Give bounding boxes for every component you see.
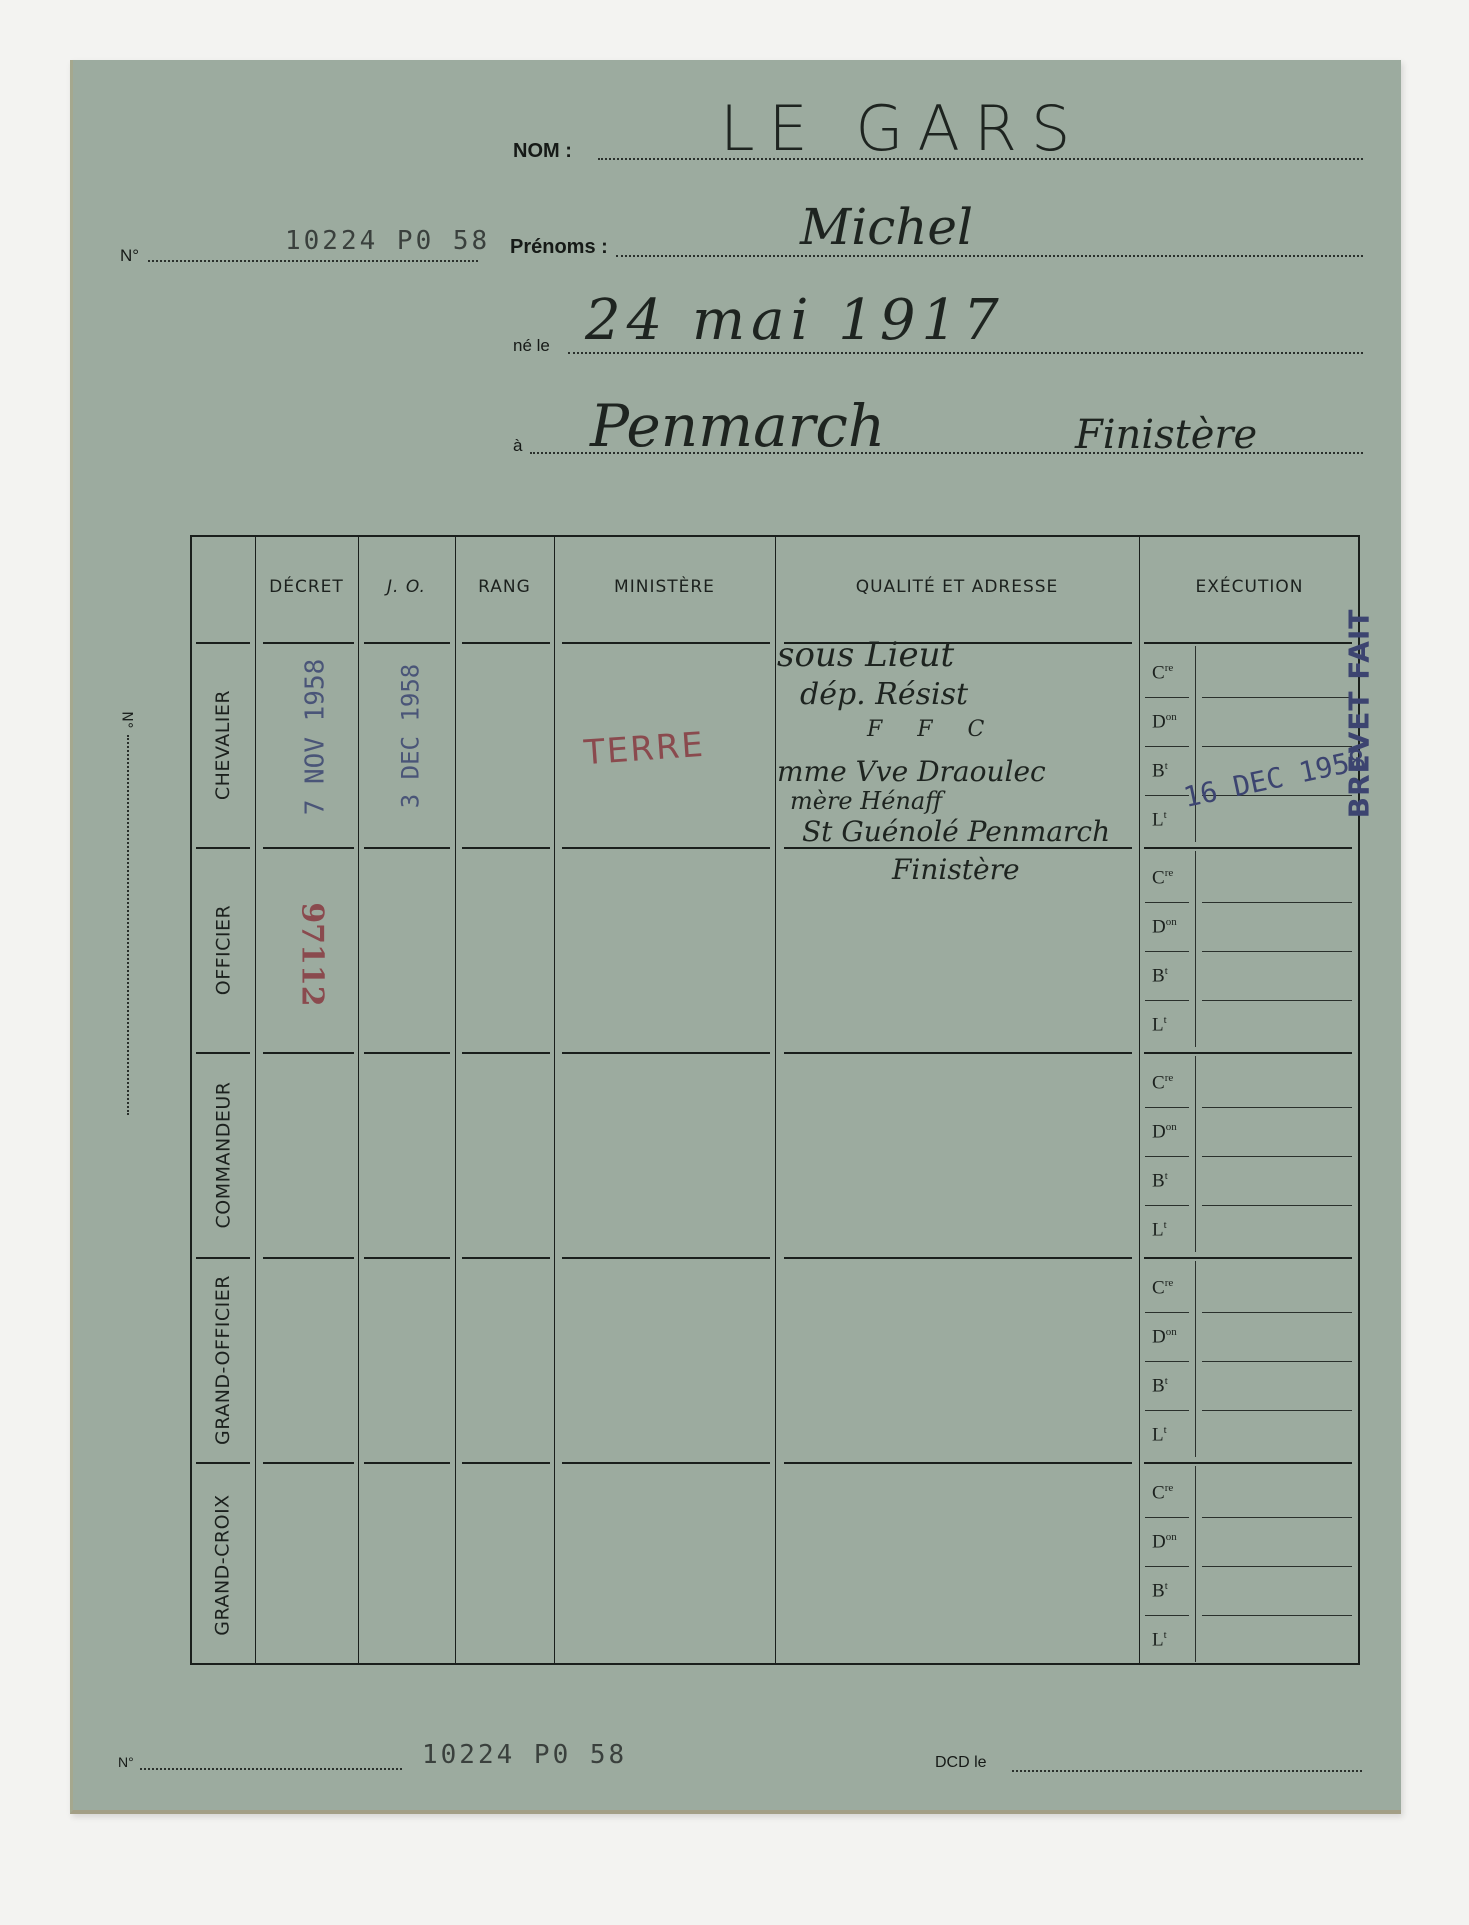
decorations-table: DÉCRET J. O. RANG MINISTÈRE QUALITÉ ET A… [190, 535, 1360, 1665]
execution-row-label: Lt [1152, 809, 1167, 831]
execution-brevet-stamp: BREVET FAIT [1342, 609, 1375, 819]
row-separator [562, 1052, 770, 1054]
numero-value: 10224 P0 58 [285, 226, 490, 256]
header-jo: J. O. [358, 577, 455, 597]
execution-row-label: Cre [1152, 1072, 1173, 1094]
execution-row-line [1145, 1107, 1189, 1108]
execution-row-line [1145, 1361, 1189, 1362]
dcd-dotted-line [1012, 1770, 1362, 1772]
execution-value-line[interactable] [1202, 1361, 1352, 1362]
prenoms-label: Prénoms : [510, 236, 608, 259]
execution-inner-divider [1195, 851, 1196, 1047]
dcd-label: DCD le [935, 1754, 987, 1772]
execution-row-label: Cre [1152, 867, 1173, 889]
prenoms-value[interactable]: Michel [800, 198, 973, 256]
row-separator [1144, 847, 1352, 849]
execution-value-line[interactable] [1202, 746, 1352, 747]
grade-grand-croix: GRAND-CROIX [192, 1462, 254, 1667]
footer-numero-dotted-line [140, 1768, 402, 1770]
row-separator [562, 1462, 770, 1464]
execution-row-line [1145, 697, 1189, 698]
qualite-line-4[interactable]: mme Vve Draoulec [777, 755, 1046, 788]
prenoms-dotted-line [616, 255, 1363, 257]
grade-grand-officier: GRAND-OFFICIER [192, 1257, 254, 1462]
qualite-line-5[interactable]: mère Hénaff [790, 787, 942, 815]
row-separator [364, 1052, 450, 1054]
execution-row-line [1145, 1000, 1189, 1001]
execution-row-line [1145, 951, 1189, 952]
col-divider [775, 537, 776, 1663]
header-rang: RANG [455, 577, 554, 597]
chevalier-decret-stamp: 7 NOV 1958 [300, 659, 330, 816]
execution-row-label: Lt [1152, 1629, 1167, 1651]
execution-row-line [1145, 1312, 1189, 1313]
row-separator [784, 1462, 1132, 1464]
execution-row-line [1145, 1156, 1189, 1157]
chevalier-jo-stamp: 3 DEC 1958 [396, 664, 424, 809]
col-divider [358, 537, 359, 1663]
row-separator [263, 1052, 354, 1054]
execution-row-label: Bt [1152, 1375, 1168, 1397]
execution-row-line [1145, 1517, 1189, 1518]
row-separator [462, 1257, 550, 1259]
execution-row-label: Don [1152, 711, 1177, 733]
col-divider [455, 537, 456, 1663]
execution-row-line [1145, 1566, 1189, 1567]
execution-row-label: Bt [1152, 1170, 1168, 1192]
execution-value-line[interactable] [1202, 1107, 1352, 1108]
execution-row-line [1145, 795, 1189, 796]
execution-value-line[interactable] [1202, 1156, 1352, 1157]
execution-row-label: Bt [1152, 760, 1168, 782]
ne-le-value[interactable]: 24 mai 1917 [585, 288, 1005, 353]
side-dotted-line [127, 735, 129, 1115]
row-separator [1144, 1462, 1352, 1464]
execution-value-line[interactable] [1202, 1517, 1352, 1518]
execution-row-label: Cre [1152, 1277, 1173, 1299]
row-separator [263, 1257, 354, 1259]
row-separator [364, 1257, 450, 1259]
execution-row-label: Don [1152, 1531, 1177, 1553]
execution-row-label: Don [1152, 916, 1177, 938]
officier-decret-number: 97112 [295, 902, 330, 1006]
col-divider [1139, 537, 1140, 1663]
execution-row-label: Cre [1152, 662, 1173, 684]
row-separator [562, 847, 770, 849]
execution-inner-divider [1195, 646, 1196, 842]
execution-value-line[interactable] [1202, 1615, 1352, 1616]
execution-value-line[interactable] [1202, 1566, 1352, 1567]
execution-row-line [1145, 1410, 1189, 1411]
execution-value-line[interactable] [1202, 1205, 1352, 1206]
header-qualite-adresse: QUALITÉ ET ADRESSE [775, 577, 1139, 597]
execution-row-line [1145, 902, 1189, 903]
grade-commandeur: COMMANDEUR [192, 1052, 254, 1257]
row-separator [364, 1462, 450, 1464]
row-separator [784, 1257, 1132, 1259]
header-execution: EXÉCUTION [1139, 577, 1360, 597]
header-ministere: MINISTÈRE [554, 577, 775, 597]
execution-value-line[interactable] [1202, 1410, 1352, 1411]
a-label: à [513, 436, 522, 456]
execution-inner-divider [1195, 1056, 1196, 1252]
qualite-line-3[interactable]: F F C [867, 717, 998, 742]
qualite-line-6[interactable]: St Guénolé Penmarch [802, 815, 1110, 848]
execution-row-label: Don [1152, 1326, 1177, 1348]
row-separator [462, 1462, 550, 1464]
ne-le-label: né le [513, 336, 550, 356]
row-separator [562, 1257, 770, 1259]
a-value-city[interactable]: Penmarch [590, 392, 885, 460]
execution-row-label: Don [1152, 1121, 1177, 1143]
qualite-line-2[interactable]: dép. Résist [800, 677, 968, 712]
nom-label: NOM : [513, 140, 572, 163]
row-separator [263, 1462, 354, 1464]
execution-inner-divider [1195, 1261, 1196, 1457]
execution-row-label: Bt [1152, 1580, 1168, 1602]
qualite-line-7[interactable]: Finistère [892, 853, 1020, 886]
header-decret: DÉCRET [255, 577, 358, 597]
execution-inner-divider [1195, 1466, 1196, 1662]
grade-officier: OFFICIER [192, 847, 254, 1052]
execution-row-label: Lt [1152, 1219, 1167, 1241]
footer-numero-value: 10224 P0 58 [422, 1740, 627, 1770]
side-numero-label: N° [119, 711, 135, 728]
execution-row-line [1145, 1615, 1189, 1616]
execution-value-line[interactable] [1202, 697, 1352, 698]
execution-value-line[interactable] [1202, 1000, 1352, 1001]
row-separator [562, 642, 770, 644]
numero-dotted-line [148, 260, 478, 262]
row-separator [462, 1052, 550, 1054]
row-separator [1144, 642, 1352, 644]
row-separator [364, 847, 450, 849]
execution-date-stamp: 16 DEC 1958 [1181, 743, 1369, 814]
execution-row-label: Cre [1152, 1482, 1173, 1504]
footer-numero-label: N° [118, 1754, 134, 1770]
execution-row-label: Lt [1152, 1014, 1167, 1036]
row-separator [263, 847, 354, 849]
row-separator [1144, 1257, 1352, 1259]
col-divider [255, 537, 256, 1663]
execution-value-line[interactable] [1202, 1312, 1352, 1313]
execution-value-line[interactable] [1202, 902, 1352, 903]
execution-row-line [1145, 1205, 1189, 1206]
row-separator [784, 1052, 1132, 1054]
grade-chevalier: CHEVALIER [192, 642, 254, 847]
row-separator [263, 642, 354, 644]
row-separator [364, 642, 450, 644]
col-divider [554, 537, 555, 1663]
numero-label: N° [120, 246, 139, 266]
row-separator [462, 847, 550, 849]
execution-row-label: Bt [1152, 965, 1168, 987]
a-value-dept[interactable]: Finistère [1075, 412, 1257, 458]
row-separator [1144, 1052, 1352, 1054]
execution-value-line[interactable] [1202, 951, 1352, 952]
row-separator [462, 642, 550, 644]
execution-row-label: Lt [1152, 1424, 1167, 1446]
chevalier-ministere-stamp: TERRE [583, 725, 706, 773]
nom-value[interactable]: LE GARS [720, 92, 1084, 165]
qualite-line-1[interactable]: sous Lieut [777, 637, 954, 673]
execution-row-line [1145, 746, 1189, 747]
